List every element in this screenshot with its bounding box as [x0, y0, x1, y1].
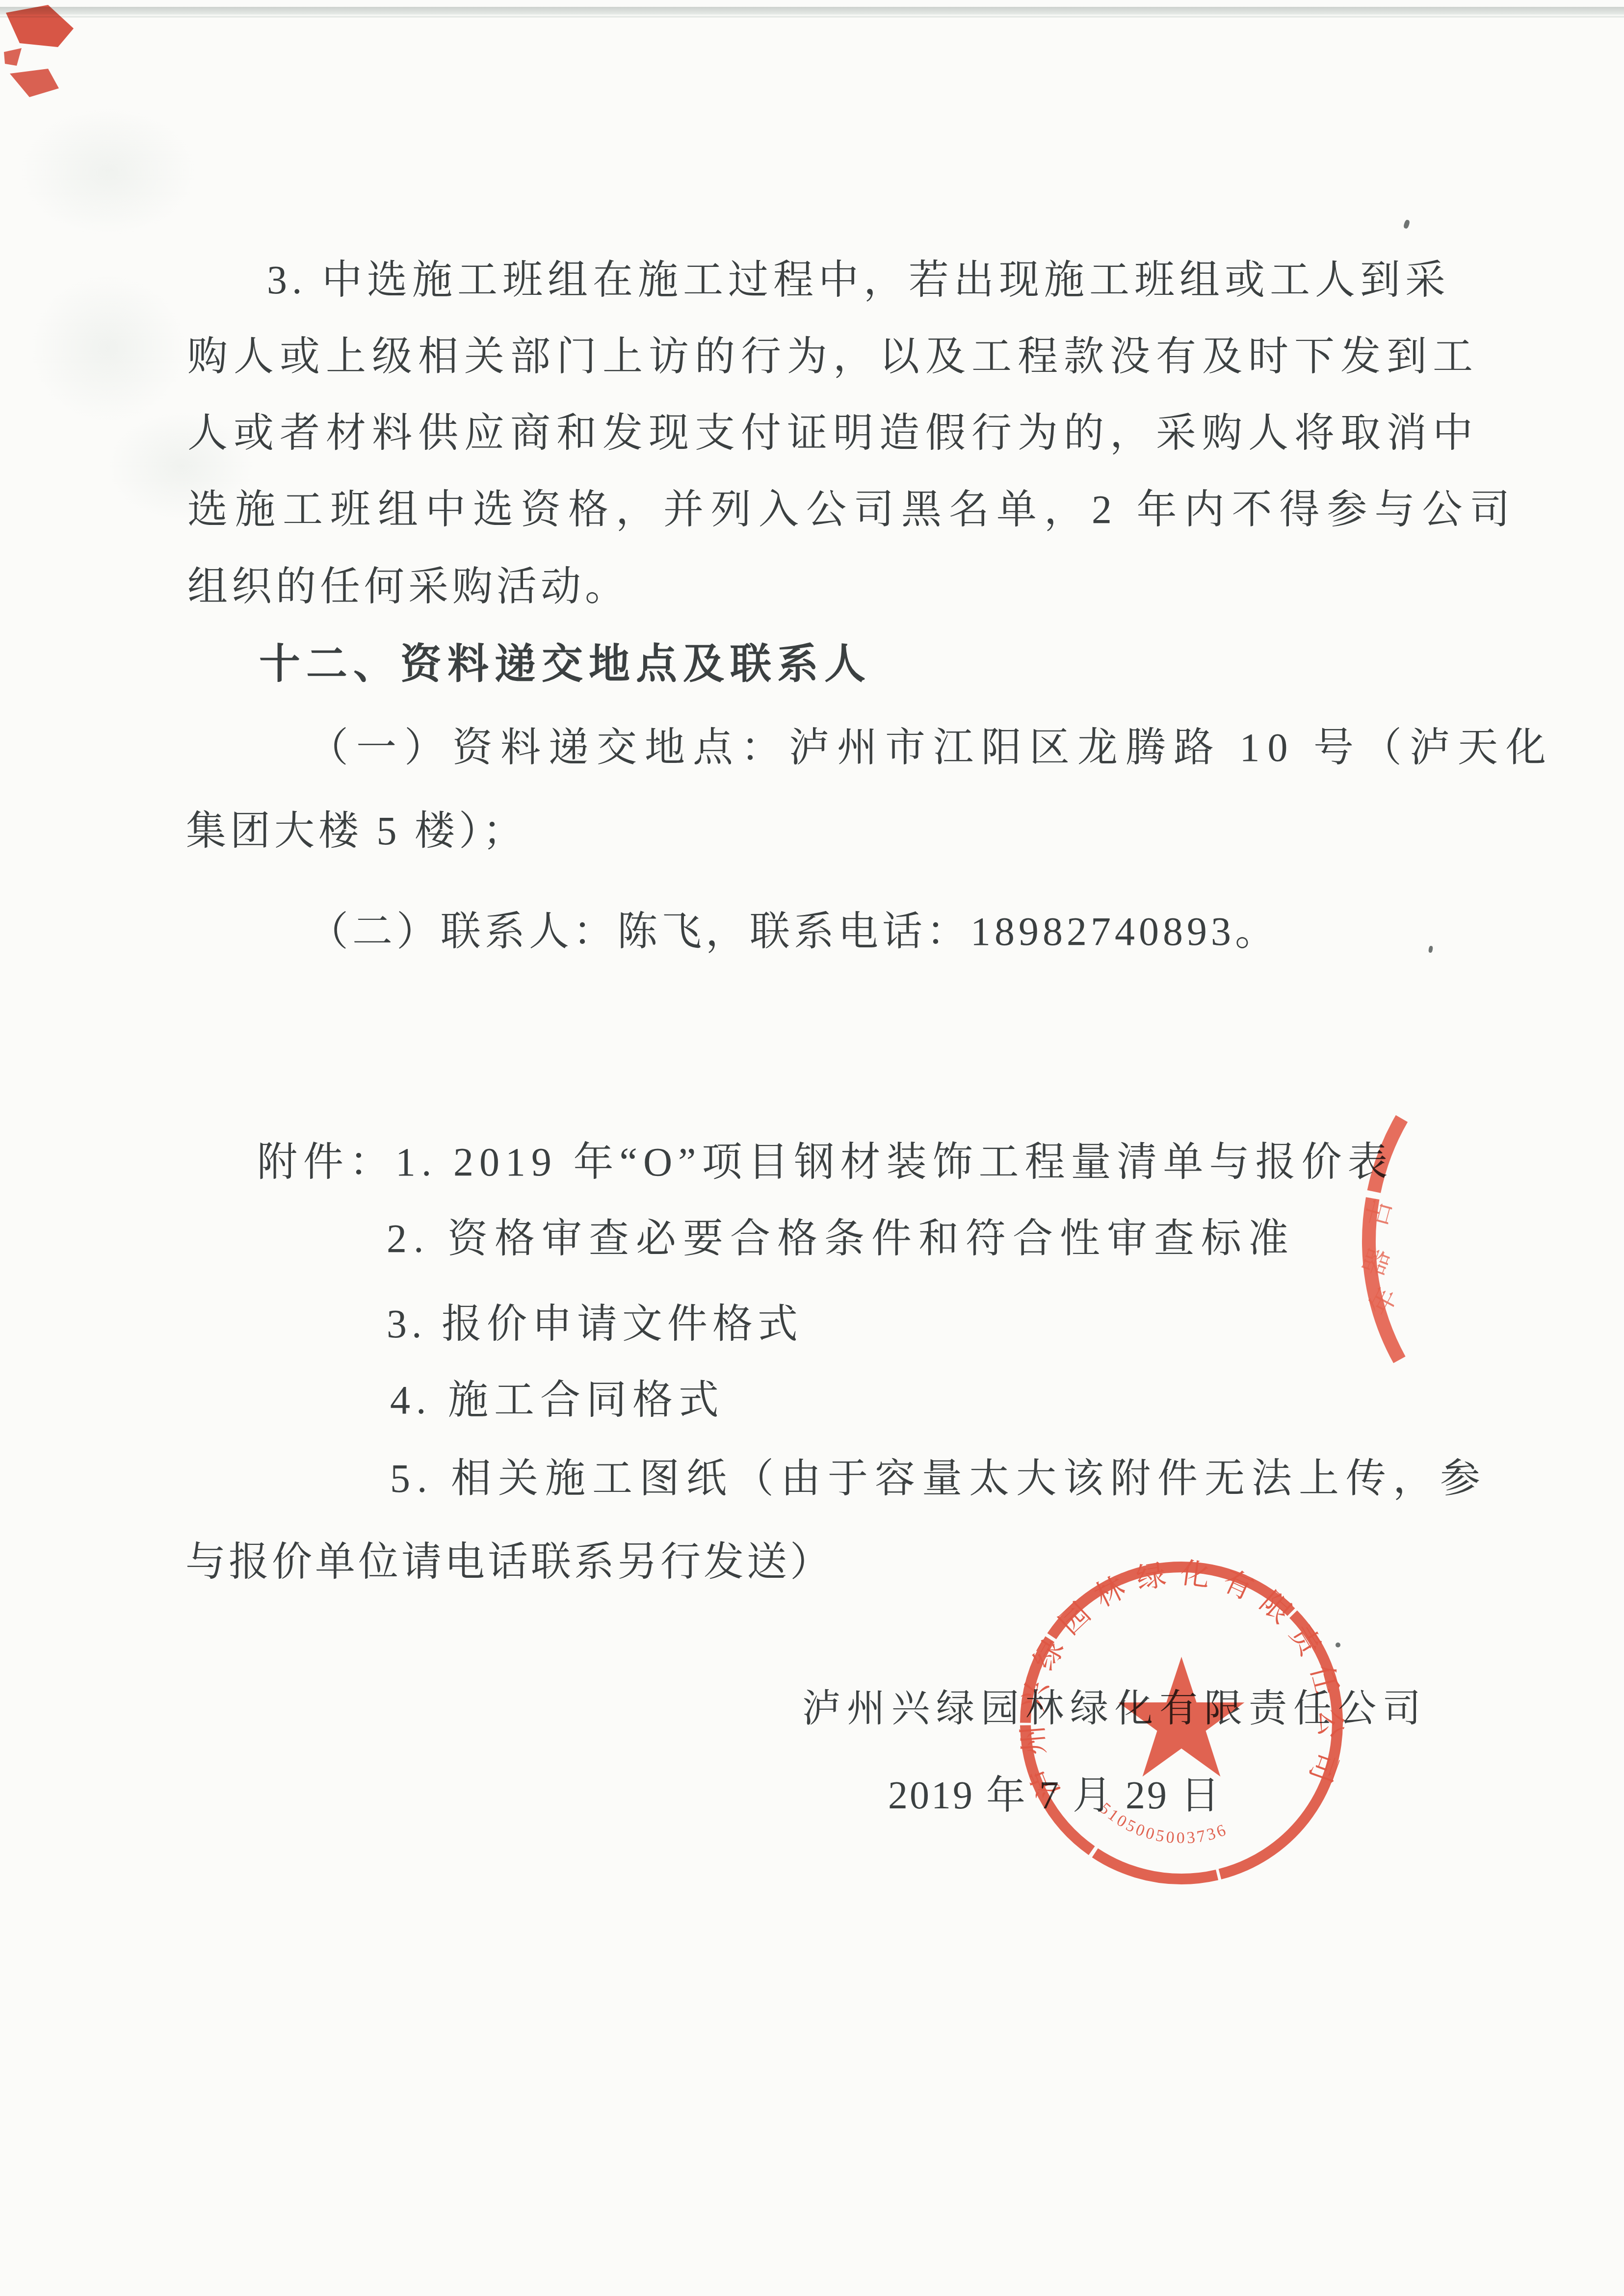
scan-speck [1336, 1643, 1340, 1647]
address-line: 集团大楼 5 楼）； [186, 799, 527, 856]
edge-stamp-partial: 古 器 年 [1251, 1055, 1624, 1437]
scan-speck [1403, 219, 1410, 229]
paragraph-line: 组织的任何采购活动。 [187, 554, 629, 612]
attachment-line: 4. 施工合同格式 [390, 1368, 725, 1425]
scan-smudge [20, 108, 196, 235]
corner-stamp-marks [0, 0, 113, 113]
paragraph-line: 3. 中选施工班组在施工过程中，若出现施工班组或工人到采 [267, 248, 1450, 305]
paragraph-line: 人或者材料供应商和发现支付证明造假行为的，采购人将取消中 [187, 401, 1479, 458]
attachment-line: 3. 报价申请文件格式 [387, 1292, 803, 1349]
address-line: （一）资料递交地点：泸州市江阳区龙腾路 10 号（泸天化 [308, 715, 1554, 773]
signature-date: 2019 年 7 月 29 日 [888, 1763, 1222, 1820]
scan-artifact-top-band [0, 7, 1624, 15]
paragraph-line: 选施工班组中选资格，并列入公司黑名单，2 年内不得参与公司 [187, 477, 1518, 535]
scan-smudge [29, 275, 186, 422]
attachment-line: 5. 相关施工图纸（由于容量太大该附件无法上传，参 [390, 1446, 1487, 1504]
contact-line: （二）联系人：陈飞，联系电话：18982740893。 [308, 899, 1279, 957]
attachment-line: 与报价单位请电话联系另行发送） [185, 1530, 833, 1587]
section-heading: 十二、资料递交地点及联系人 [259, 631, 871, 690]
attachment-line: 附件：1. 2019 年“O”项目钢材装饰工程量清单与报价表 [257, 1130, 1394, 1187]
company-name: 泸州兴绿园林绿化有限责任公司 [802, 1678, 1427, 1733]
scan-speck [1428, 945, 1433, 953]
paragraph-line: 购人或上级相关部门上访的行为，以及工程款没有及时下发到工 [187, 324, 1479, 382]
scanned-document-page: 3. 中选施工班组在施工过程中，若出现施工班组或工人到采 购人或上级相关部门上访… [0, 0, 1624, 2296]
attachment-line: 2. 资格审查必要合格条件和符合性审查标准 [387, 1206, 1295, 1264]
scan-artifact-top-line [0, 16, 1624, 18]
